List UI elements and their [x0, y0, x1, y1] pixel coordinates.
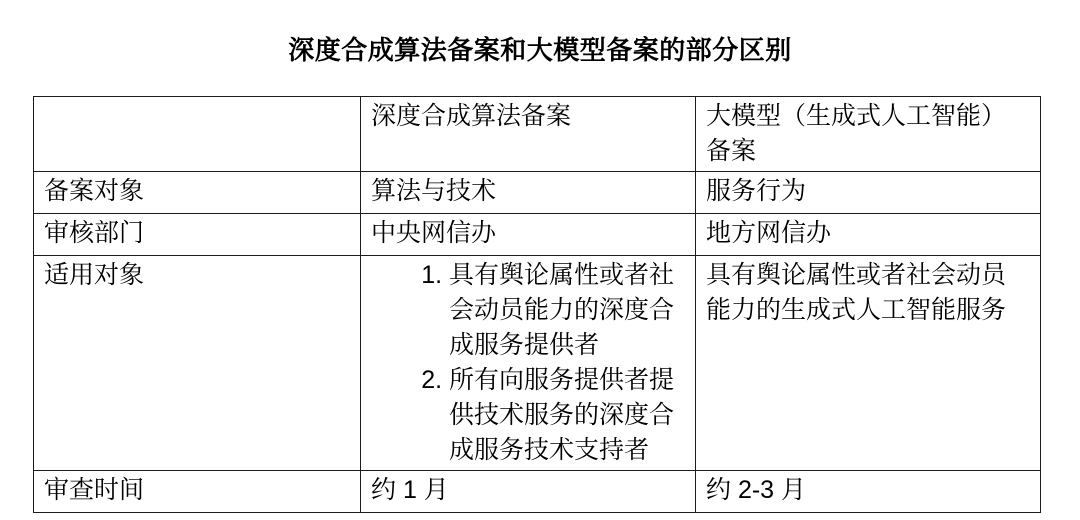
- table-row-applicable-object: 适用对象 具有舆论属性或者社会动员能力的深度合成服务提供者 所有向服务提供者提供…: [34, 256, 1041, 471]
- applicable-object-list: 具有舆论属性或者社会动员能力的深度合成服务提供者 所有向服务提供者提供技术服务的…: [371, 258, 681, 468]
- header-cell-deep-synthesis: 深度合成算法备案: [361, 97, 696, 172]
- cell-filing-object-deep-synthesis: 算法与技术: [361, 172, 696, 214]
- list-item-tech-supporters: 所有向服务提供者提供技术服务的深度合成服务技术支持者: [449, 363, 681, 468]
- row-label-review-department: 审核部门: [34, 214, 361, 256]
- document-page: 深度合成算法备案和大模型备案的部分区别 深度合成算法备案 大模型（生成式人工智能…: [0, 36, 1080, 513]
- row-label-applicable-object: 适用对象: [34, 256, 361, 471]
- header-cell-large-model: 大模型（生成式人工智能）备案: [696, 97, 1041, 172]
- row-label-review-time: 审查时间: [34, 471, 361, 513]
- table-row-review-department: 审核部门 中央网信办 地方网信办: [34, 214, 1041, 256]
- table-header-row: 深度合成算法备案 大模型（生成式人工智能）备案: [34, 97, 1041, 172]
- comparison-table: 深度合成算法备案 大模型（生成式人工智能）备案 备案对象 算法与技术 服务行为 …: [33, 96, 1041, 513]
- header-cell-empty: [34, 97, 361, 172]
- list-item-providers: 具有舆论属性或者社会动员能力的深度合成服务提供者: [449, 258, 681, 363]
- row-label-filing-object: 备案对象: [34, 172, 361, 214]
- cell-filing-object-large-model: 服务行为: [696, 172, 1041, 214]
- cell-review-department-deep-synthesis: 中央网信办: [361, 214, 696, 256]
- cell-review-department-large-model: 地方网信办: [696, 214, 1041, 256]
- page-title: 深度合成算法备案和大模型备案的部分区别: [0, 36, 1080, 64]
- cell-applicable-object-large-model: 具有舆论属性或者社会动员能力的生成式人工智能服务: [696, 256, 1041, 471]
- table-row-filing-object: 备案对象 算法与技术 服务行为: [34, 172, 1041, 214]
- cell-applicable-object-deep-synthesis: 具有舆论属性或者社会动员能力的深度合成服务提供者 所有向服务提供者提供技术服务的…: [361, 256, 696, 471]
- cell-review-time-large-model: 约 2-3 月: [696, 471, 1041, 513]
- cell-review-time-deep-synthesis: 约 1 月: [361, 471, 696, 513]
- table-row-review-time: 审查时间 约 1 月 约 2-3 月: [34, 471, 1041, 513]
